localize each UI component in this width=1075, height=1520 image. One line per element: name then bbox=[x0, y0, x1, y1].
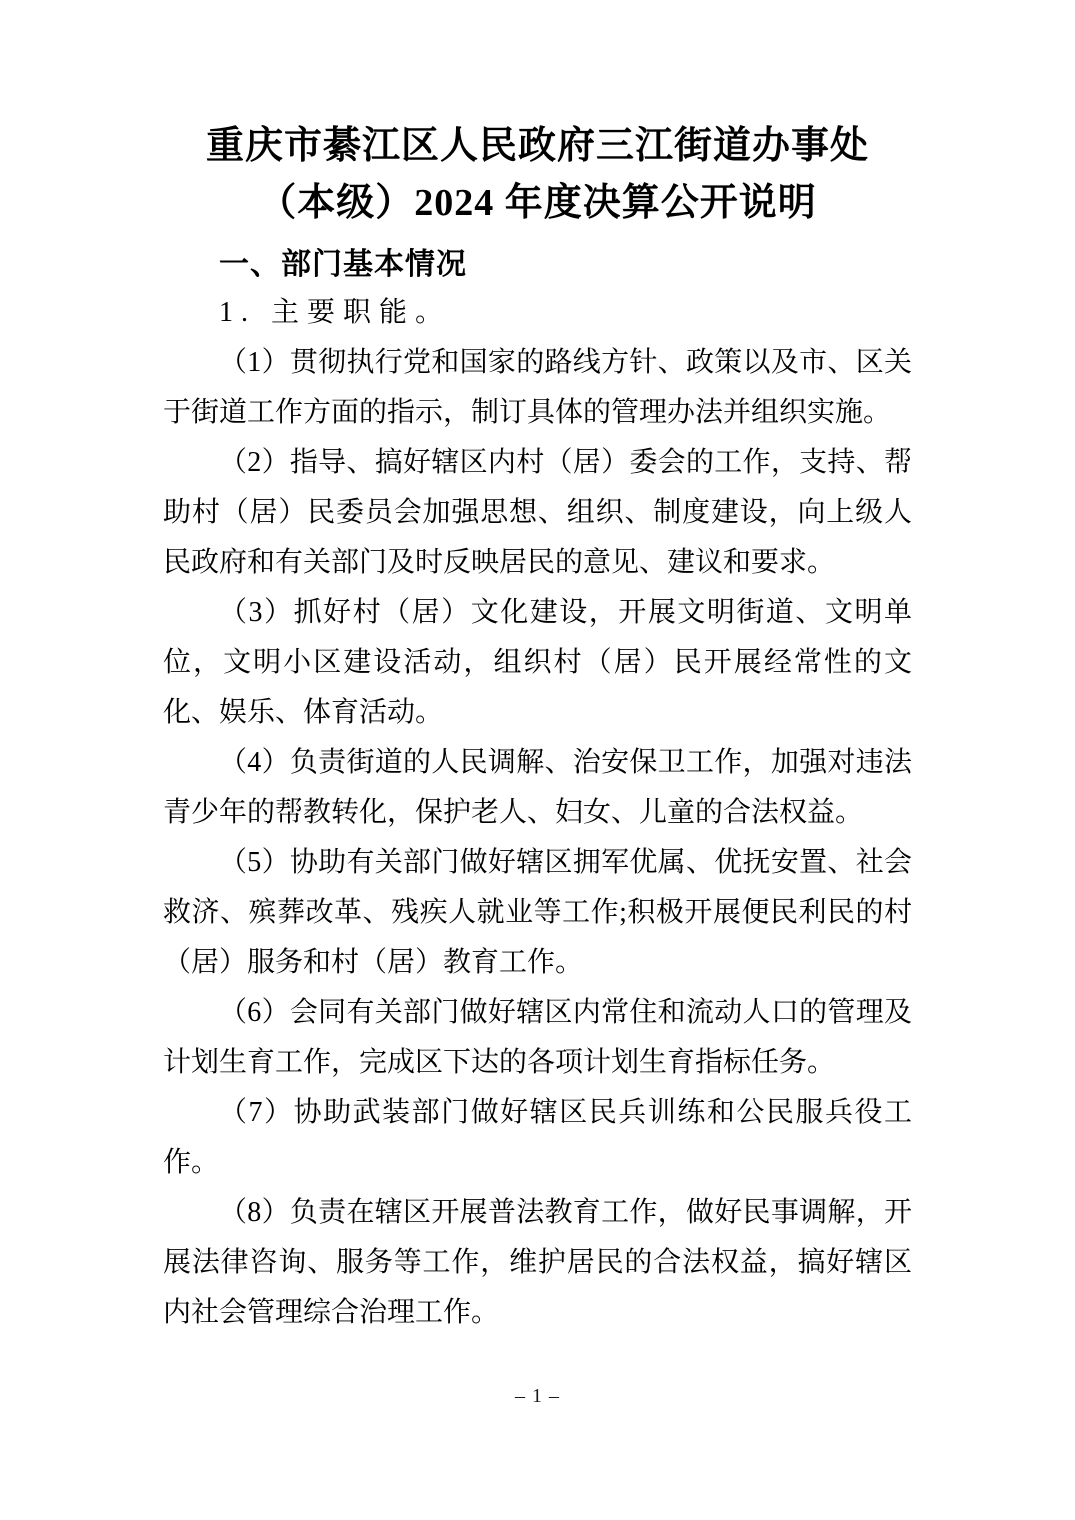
paragraph-function-7: （7）协助武装部门做好辖区民兵训练和公民服兵役工作。 bbox=[163, 1088, 912, 1188]
paragraph-function-2: （2）指导、搞好辖区内村（居）委会的工作，支持、帮助村（居）民委员会加强思想、组… bbox=[163, 438, 912, 588]
page-number: – 1 – bbox=[0, 1385, 1075, 1408]
paragraph-function-3: （3）抓好村（居）文化建设，开展文明街道、文明单位，文明小区建设活动，组织村（居… bbox=[163, 588, 912, 738]
paragraph-main-functions-label: 1. 主要职能。 bbox=[163, 288, 912, 338]
paragraph-function-6: （6）会同有关部门做好辖区内常住和流动人口的管理及计划生育工作，完成区下达的各项… bbox=[163, 988, 912, 1088]
document-content: 重庆市綦江区人民政府三江街道办事处 （本级）2024 年度决算公开说明 一、部门… bbox=[163, 0, 912, 1338]
paragraph-function-8: （8）负责在辖区开展普法教育工作，做好民事调解，开展法律咨询、服务等工作，维护居… bbox=[163, 1188, 912, 1338]
document-title-line2: （本级）2024 年度决算公开说明 bbox=[163, 175, 912, 232]
document-title-line1: 重庆市綦江区人民政府三江街道办事处 bbox=[163, 118, 912, 175]
paragraph-function-5: （5）协助有关部门做好辖区拥军优属、优抚安置、社会救济、殡葬改革、残疾人就业等工… bbox=[163, 838, 912, 988]
paragraph-function-4: （4）负责街道的人民调解、治安保卫工作，加强对违法青少年的帮教转化，保护老人、妇… bbox=[163, 738, 912, 838]
section-heading-basic-info: 一、部门基本情况 bbox=[163, 242, 912, 288]
paragraph-function-1: （1）贯彻执行党和国家的路线方针、政策以及市、区关于街道工作方面的指示，制订具体… bbox=[163, 338, 912, 438]
document-title: 重庆市綦江区人民政府三江街道办事处 （本级）2024 年度决算公开说明 bbox=[163, 118, 912, 232]
document-page: 重庆市綦江区人民政府三江街道办事处 （本级）2024 年度决算公开说明 一、部门… bbox=[0, 0, 1075, 1520]
document-body: 1. 主要职能。 （1）贯彻执行党和国家的路线方针、政策以及市、区关于街道工作方… bbox=[163, 288, 912, 1338]
